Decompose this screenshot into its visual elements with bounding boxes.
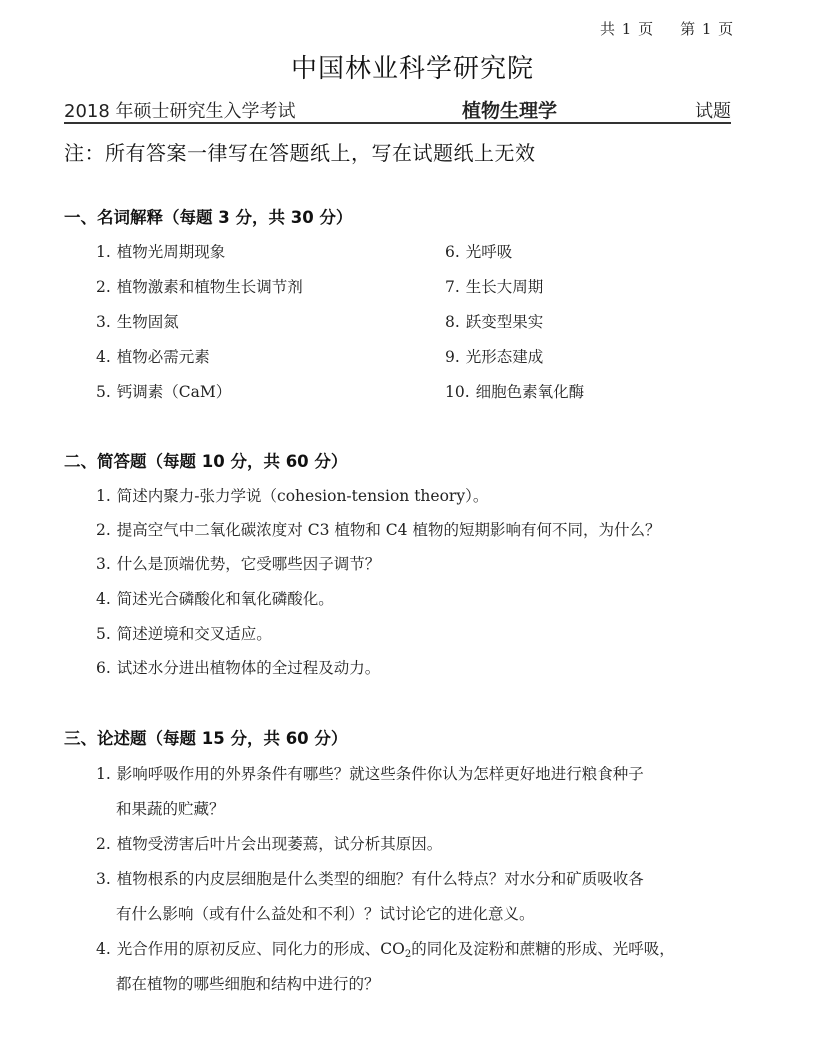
term-item: 2.植物激素和植物生长调节剂 [96,275,303,297]
essay-item: 1.影响呼吸作用的外界条件有哪些？就这些条件你认为怎样更好地进行粮食种子 [96,762,644,784]
term-item: 1.植物光周期现象 [96,240,225,262]
page-total: 共 1 页 [600,20,654,38]
essay-item-continuation: 和果蔬的贮藏？ [116,797,225,819]
essay-item-continuation: 都在植物的哪些细胞和结构中进行的？ [116,972,380,994]
page-current: 第 1 页 [680,20,734,38]
paper-type-label: 试题 [695,97,731,123]
essay-item: 3.植物根系的内皮层细胞是什么类型的细胞？有什么特点？对水分和矿质吸收各 [96,867,644,889]
section-heading-3: 三、论述题（每题 15 分，共 60 分） [64,725,347,749]
question-item: 5.简述逆境和交叉适应。 [96,622,272,644]
exam-year-label: 2018 年硕士研究生入学考试 [64,97,296,123]
question-item: 3.什么是顶端优势，它受哪些因子调节？ [96,552,380,574]
question-item: 4.简述光合磷酸化和氧化磷酸化。 [96,587,334,609]
term-item: 3.生物固氮 [96,310,179,332]
question-item: 6.试述水分进出植物体的全过程及动力。 [96,656,380,678]
answer-notice: 注：所有答案一律写在答题纸上，写在试题纸上无效 [64,137,536,166]
essay-item-continuation: 有什么影响（或有什么益处和不利）？试讨论它的进化意义。 [116,902,535,924]
section-heading-1: 一、名词解释（每题 3 分，共 30 分） [64,204,352,228]
term-item: 7.生长大周期 [445,275,543,297]
essay-item: 2.植物受涝害后叶片会出现萎蔫，试分析其原因。 [96,832,442,854]
term-item: 8.跃变型果实 [445,310,543,332]
question-item: 1.简述内聚力-张力学说（cohesion-tension theory）。 [96,484,488,506]
institution-title: 中国林业科学研究院 [0,48,825,85]
exam-info-line: 2018 年硕士研究生入学考试 植物生理学 试题 [64,96,731,124]
question-item: 2.提高空气中二氧化碳浓度对 C3 植物和 C4 植物的短期影响有何不同，为什么… [96,518,660,540]
essay-item: 4.光合作用的原初反应、同化力的形成、CO2的同化及淀粉和蔗糖的形成、光呼吸， [96,937,675,960]
term-item: 4.植物必需元素 [96,345,210,367]
page-counter: 共 1 页第 1 页 [600,18,738,39]
exam-subject: 植物生理学 [462,96,557,123]
term-item: 5.钙调素（CaM） [96,380,231,402]
term-item: 9.光形态建成 [445,345,543,367]
term-item: 6.光呼吸 [445,240,512,262]
section-heading-2: 二、简答题（每题 10 分，共 60 分） [64,448,347,472]
term-item: 10.细胞色素氧化酶 [445,380,584,402]
